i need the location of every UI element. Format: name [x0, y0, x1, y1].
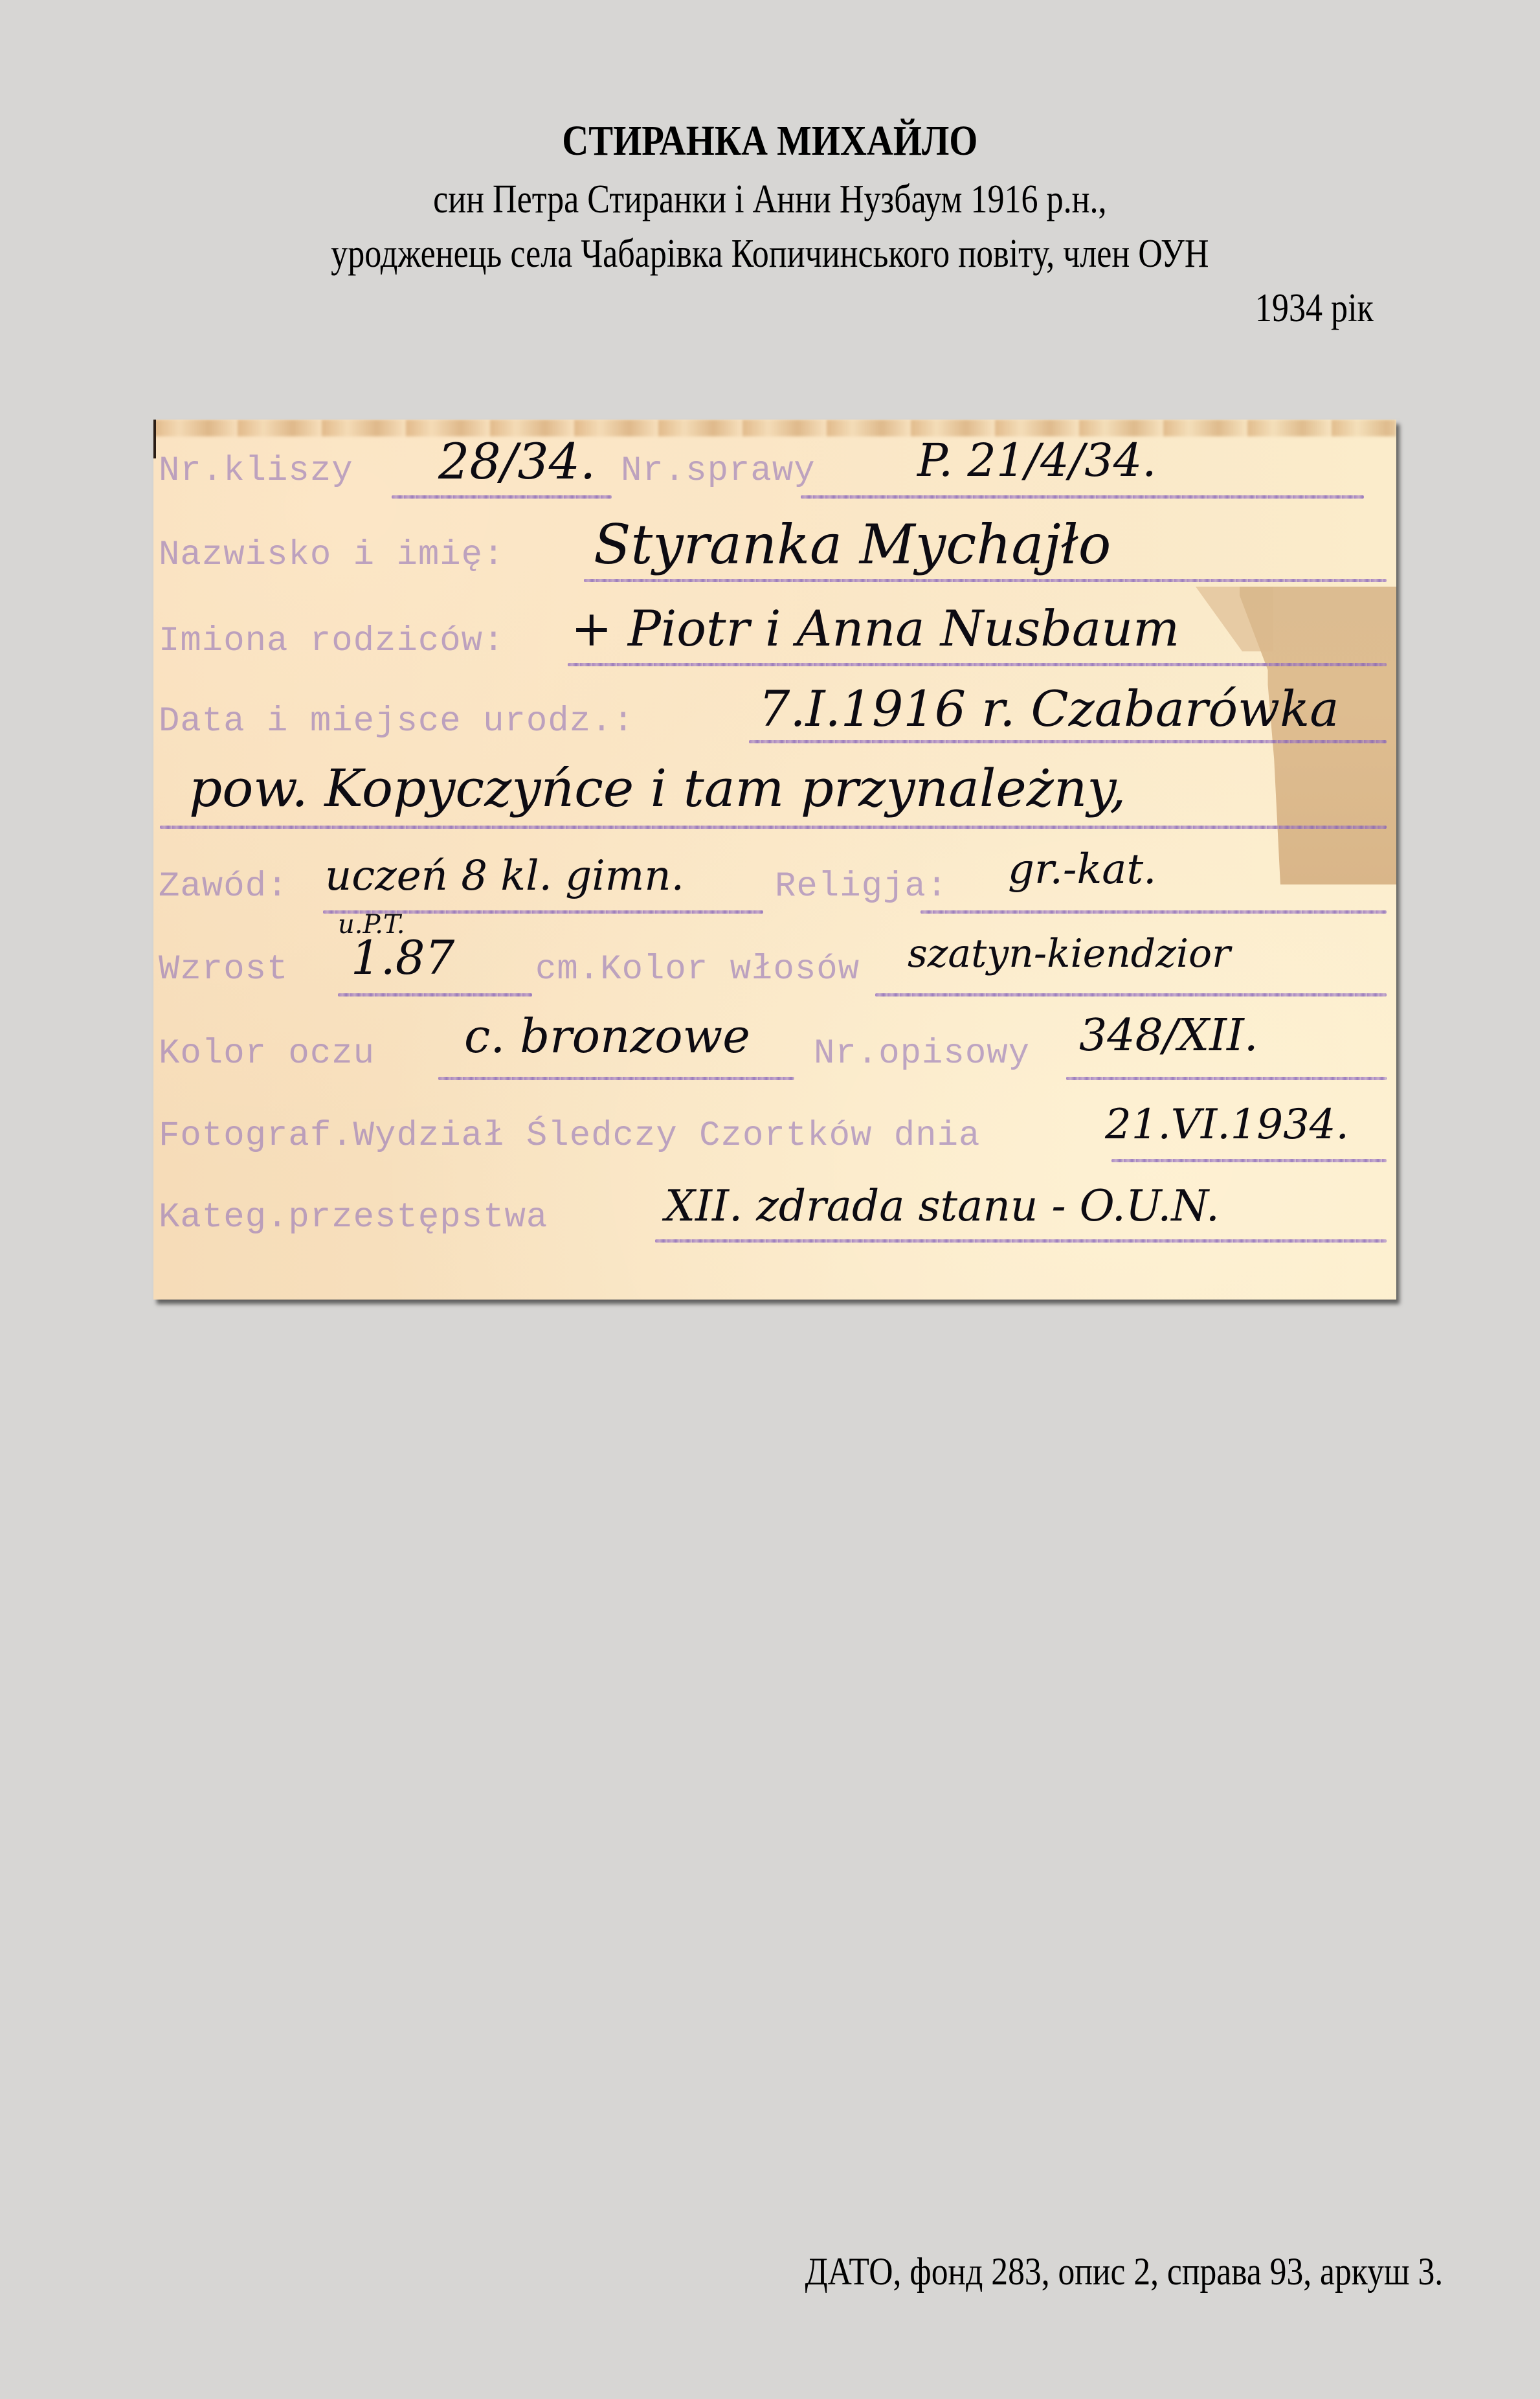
field-value: 1.87: [351, 935, 454, 980]
field-rule: [438, 1077, 794, 1080]
field-label: cm.Kolor włosów: [535, 951, 860, 989]
card-row-eyes: Kolor oczu c. bronzowe Nr.opisowy 348/XI…: [153, 999, 1396, 1077]
archive-source-text: ДАТО, фонд 283, опис 2, справа 93, аркуш…: [805, 2246, 1443, 2297]
field-label: Nr.opisowy: [814, 1035, 1030, 1074]
field-value: pow. Kopyczyńce i tam przynależny,: [189, 766, 1126, 811]
field-value: uczeń 8 kl. gimn.: [325, 853, 684, 899]
field-rule: [1066, 1077, 1387, 1080]
card-row-parents: Imiona rodziców: + Piotr i Anna Nusbaum: [153, 587, 1396, 664]
field-label: Zawód:: [159, 868, 288, 907]
field-value: c. bronzowe: [464, 1013, 750, 1059]
field-label: Kateg.przestępstwa: [159, 1199, 548, 1237]
field-value: 28/34.: [438, 439, 596, 484]
field-label: Data i miejsce urodz.:: [159, 703, 634, 741]
archival-registration-card: Nr.kliszy 28/34. Nr.sprawy P. 21/4/34. N…: [153, 420, 1396, 1300]
subtitle-line-2: уродженець села Чабарівка Копичинського …: [0, 228, 1540, 280]
field-value: 21.VI.1934.: [1105, 1102, 1349, 1147]
field-rule: [160, 826, 1387, 829]
field-label: Nr.sprawy: [621, 452, 816, 491]
subtitle-line-1-text: син Петра Стиранки і Анни Нузбаум 1916 р…: [433, 174, 1106, 225]
record-year: 1934 рік: [1233, 282, 1374, 334]
field-label: Religja:: [775, 868, 948, 907]
card-row-offense-category: Kateg.przestępstwa XII. zdrada stanu - O…: [153, 1163, 1396, 1241]
field-value: XII. zdrada stanu - O.U.N.: [665, 1184, 1220, 1229]
subtitle-line-1: син Петра Стиранки і Анни Нузбаум 1916 р…: [0, 174, 1540, 225]
field-value: szatyn-kiendzior: [908, 931, 1231, 976]
field-rule: [568, 663, 1387, 666]
field-rule: [338, 993, 532, 997]
field-rule: [584, 579, 1387, 582]
field-value: Styranka Mychajło: [594, 522, 1111, 567]
field-value: 7.I.1916 r. Czabarówka: [759, 686, 1339, 732]
card-row-photographed: Fotograf.Wydział Śledczy Czortków dnia 2…: [153, 1081, 1396, 1159]
field-value: gr.-kat.: [1008, 847, 1157, 892]
field-rule: [655, 1239, 1387, 1243]
field-label: Wzrost: [159, 951, 288, 989]
field-label: Fotograf.Wydział Śledczy Czortków dnia: [159, 1117, 980, 1156]
card-row-birth: Data i miejsce urodz.: 7.I.1916 r. Czaba…: [153, 673, 1396, 751]
archive-source-reference: ДАТО, фонд 283, опис 2, справа 93, аркуш…: [701, 2246, 1443, 2297]
record-year-text: 1934 рік: [1255, 282, 1374, 334]
field-rule: [392, 495, 612, 499]
field-label: Imiona rodziców:: [159, 622, 504, 661]
card-row-photo-number: Nr.kliszy 28/34. Nr.sprawy P. 21/4/34.: [153, 420, 1396, 497]
field-rule: [1111, 1159, 1387, 1162]
field-value: 348/XII.: [1079, 1013, 1258, 1059]
field-label: Nazwisko i imię:: [159, 536, 504, 575]
title-text: СТИРАНКА МИХАЙЛО: [562, 115, 977, 167]
field-label: Nr.kliszy: [159, 452, 353, 491]
field-value: + Piotr i Anna Nusbaum: [571, 606, 1179, 651]
field-value: P. 21/4/34.: [917, 438, 1157, 483]
field-rule: [875, 993, 1387, 997]
page-title: СТИРАНКА МИХАЙЛО: [0, 115, 1540, 167]
field-rule: [921, 910, 1387, 914]
card-row-occupation: Zawód: uczeń 8 kl. gimn. u.P.T. Religja:…: [153, 834, 1396, 912]
card-row-height-hair: Wzrost 1.87 cm.Kolor włosów szatyn-kiend…: [153, 917, 1396, 995]
subtitle-line-2-text: уродженець села Чабарівка Копичинського …: [331, 228, 1209, 280]
field-label: Kolor oczu: [159, 1035, 375, 1074]
card-row-name: Nazwisko i imię: Styranka Mychajło: [153, 504, 1396, 581]
field-rule: [801, 495, 1364, 499]
card-row-birth-continued: pow. Kopyczyńce i tam przynależny,: [153, 753, 1396, 831]
field-rule: [749, 740, 1387, 743]
